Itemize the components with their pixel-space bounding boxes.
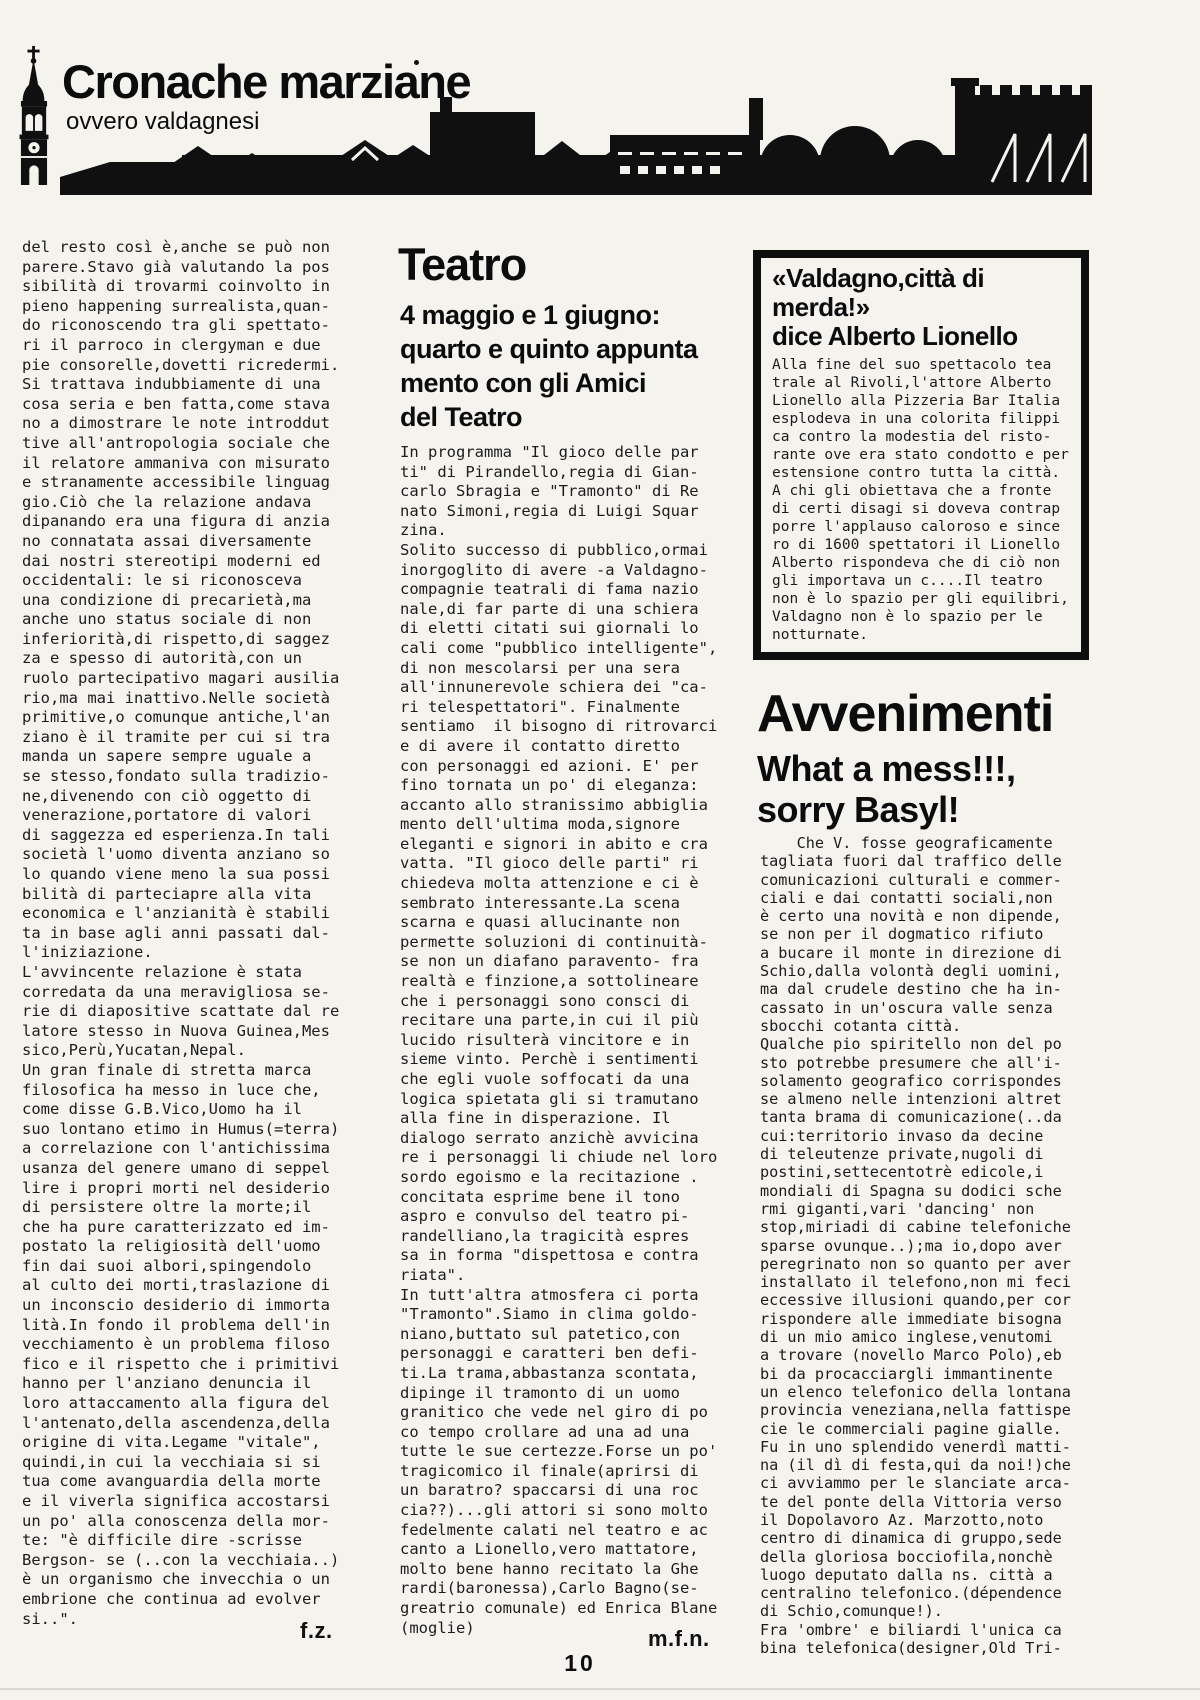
anthropology-article-text: del resto così è,anche se può non parere… <box>22 238 374 1629</box>
signature-fz: f.z. <box>300 1618 333 1644</box>
teatro-article-text: In programma "Il gioco delle par ti" di … <box>400 443 748 1638</box>
lionello-box-headline: «Valdagno,città di merda!» dice Alberto … <box>772 264 1075 351</box>
teatro-headline: Teatro <box>398 242 526 287</box>
avvenimenti-headline: Avvenimenti <box>757 688 1053 740</box>
publication-subtitle: ovvero valdagnesi <box>66 110 259 134</box>
avvenimenti-article-text: Che V. fosse geograficamente tagliata fu… <box>760 834 1094 1657</box>
avvenimenti-subhead: What a mess!!!, sorry Basyl! <box>757 748 1016 830</box>
signature-mfn: m.f.n. <box>648 1626 710 1652</box>
lionello-quote-box: «Valdagno,città di merda!» dice Alberto … <box>753 250 1089 660</box>
teatro-subhead: 4 maggio e 1 giugno: quarto e quinto app… <box>400 298 697 434</box>
scan-edge-line <box>0 1688 1200 1690</box>
page-number: 10 <box>545 1650 615 1677</box>
church-bell-tower-icon <box>6 38 62 192</box>
lionello-box-text: Alla fine del suo spettacolo tea trale a… <box>772 356 1075 644</box>
publication-title: Cronache marziane <box>62 58 470 105</box>
